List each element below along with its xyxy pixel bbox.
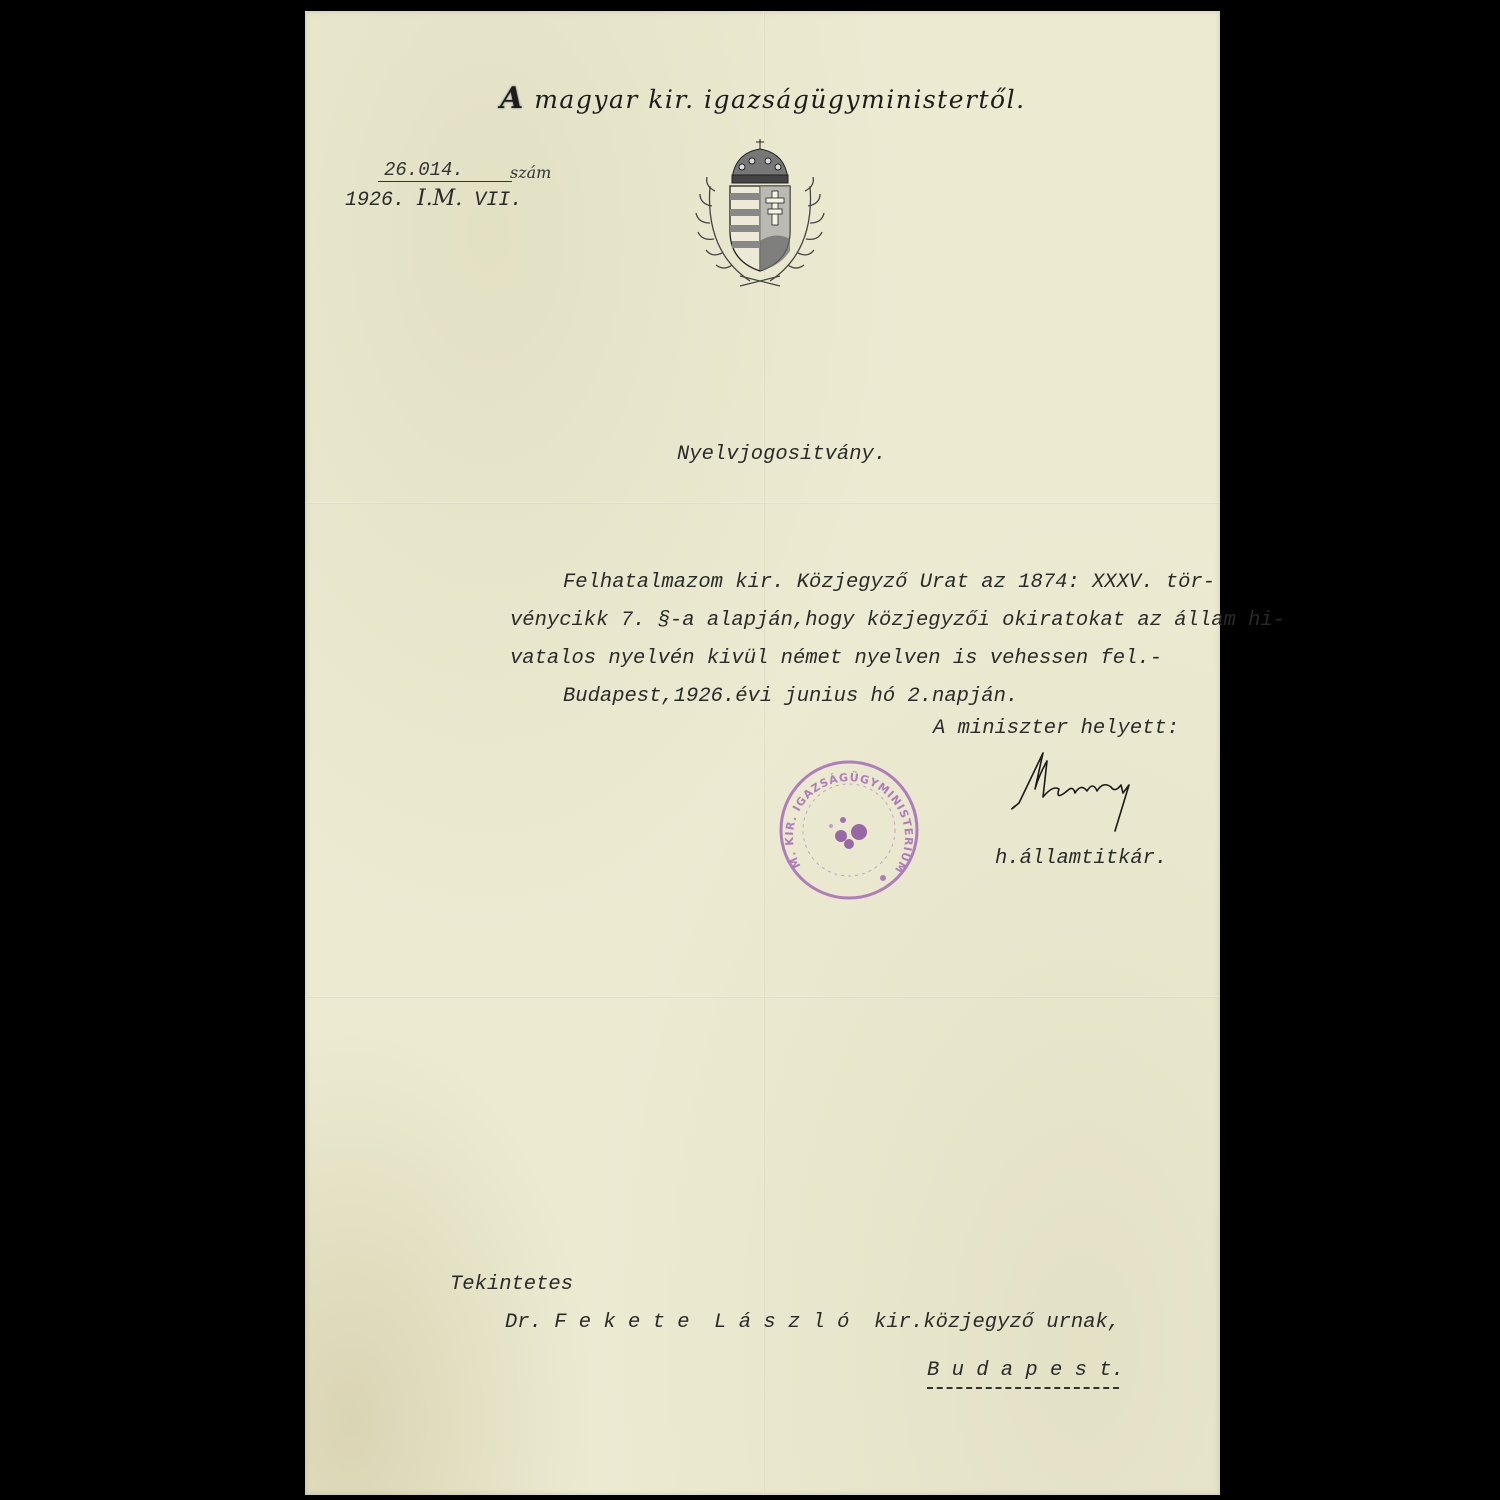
letterhead: A magyar kir. igazságügyministertől. — [500, 81, 1026, 116]
reference-year: 1926. — [345, 189, 405, 212]
reference-number: 26.014. — [378, 159, 512, 182]
body-line-2: vénycikk 7. §-a alapján,hogy közjegyzői … — [510, 609, 1285, 632]
svg-text:M. KIR. IGAZSÁGÜGYMINISTERIUM: M. KIR. IGAZSÁGÜGYMINISTERIUM — [783, 770, 915, 876]
on-behalf-label: A miniszter helyett: — [933, 717, 1179, 740]
salutation: Tekintetes — [450, 1273, 573, 1296]
reference-department: VII. — [474, 189, 522, 212]
reference-line: 1926. I.M. VII. — [345, 186, 522, 212]
city-underline — [927, 1387, 1119, 1389]
reference-number-suffix: szám — [510, 163, 551, 182]
letterhead-initial: A — [500, 81, 525, 116]
stamp-text: M. KIR. IGAZSÁGÜGYMINISTERIUM — [783, 770, 915, 876]
document-page: A magyar kir. igazságügyministertől. 26.… — [305, 11, 1220, 1495]
body-line-1: Felhatalmazom kir. Közjegyző Urat az 187… — [563, 571, 1215, 594]
signature-icon — [995, 741, 1165, 841]
body-line-3: vatalos nyelvén kivül német nyelven is v… — [510, 647, 1162, 670]
horizontal-fold-crease — [305, 502, 1220, 504]
addressee-name: Dr. F e k e t e L á s z l ó kir.közjegyz… — [505, 1311, 1120, 1334]
horizontal-fold-crease — [305, 996, 1220, 998]
place-and-date: Budapest,1926.évi junius hó 2.napján. — [563, 685, 1018, 708]
document-title: Nyelvjogositvány. — [677, 443, 886, 466]
letterhead-text: magyar kir. igazságügyministertől. — [525, 85, 1026, 114]
signatory-title: h.államtitkár. — [995, 847, 1167, 870]
addressee-city: B u d a p e s t. — [927, 1359, 1124, 1382]
coat-of-arms-icon — [690, 131, 830, 291]
reference-office-code: I.M. — [417, 186, 462, 211]
official-stamp-icon: M. KIR. IGAZSÁGÜGYMINISTERIUM — [773, 756, 925, 904]
